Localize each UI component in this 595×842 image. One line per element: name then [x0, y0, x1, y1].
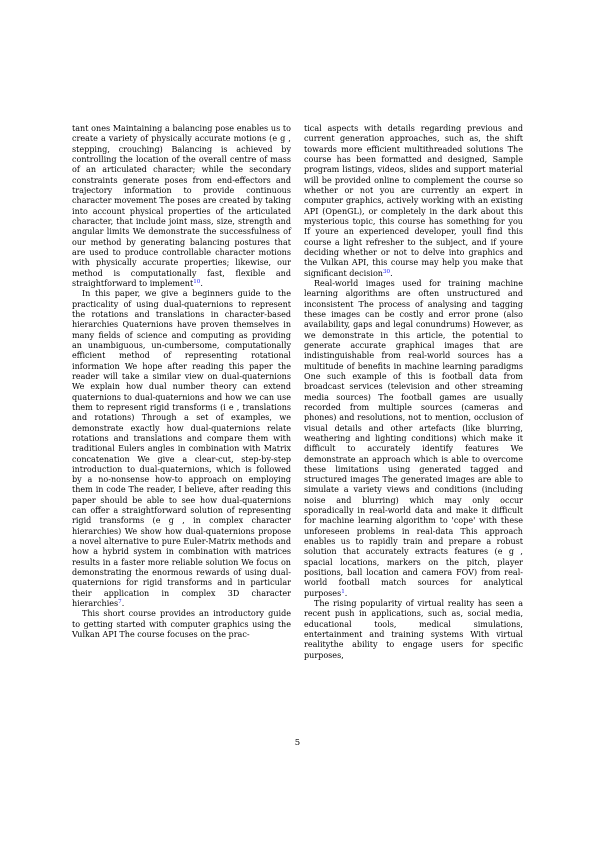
- document-page: tant ones Maintaining a balancing pose e…: [0, 0, 595, 842]
- paragraph-left-1: tant ones Maintaining a balancing pose e…: [72, 124, 291, 289]
- sentence-end: .: [122, 599, 125, 608]
- sentence-end: .: [200, 279, 203, 288]
- paragraph-text: tical aspects with details regarding pre…: [304, 124, 523, 278]
- paragraph-left-3: This short course provides an introducto…: [72, 609, 291, 640]
- paragraph-text: tant ones Maintaining a balancing pose e…: [72, 124, 291, 288]
- left-column: tant ones Maintaining a balancing pose e…: [72, 124, 291, 640]
- page-number: 5: [0, 738, 595, 748]
- paragraph-text: In this paper, we give a beginners guide…: [72, 289, 291, 608]
- paragraph-right-1: tical aspects with details regarding pre…: [304, 124, 523, 279]
- paragraph-text: The rising popularity of virtual reality…: [304, 599, 523, 660]
- paragraph-right-2: Real-world images used for training mach…: [304, 279, 523, 599]
- paragraph-text: This short course provides an introducto…: [72, 609, 291, 639]
- right-column: tical aspects with details regarding pre…: [304, 124, 523, 661]
- paragraph-right-3: The rising popularity of virtual reality…: [304, 599, 523, 661]
- sentence-end: .: [345, 589, 348, 598]
- sentence-end: .: [390, 269, 393, 278]
- paragraph-text: Real-world images used for training mach…: [304, 279, 523, 598]
- paragraph-left-2: In this paper, we give a beginners guide…: [72, 289, 291, 609]
